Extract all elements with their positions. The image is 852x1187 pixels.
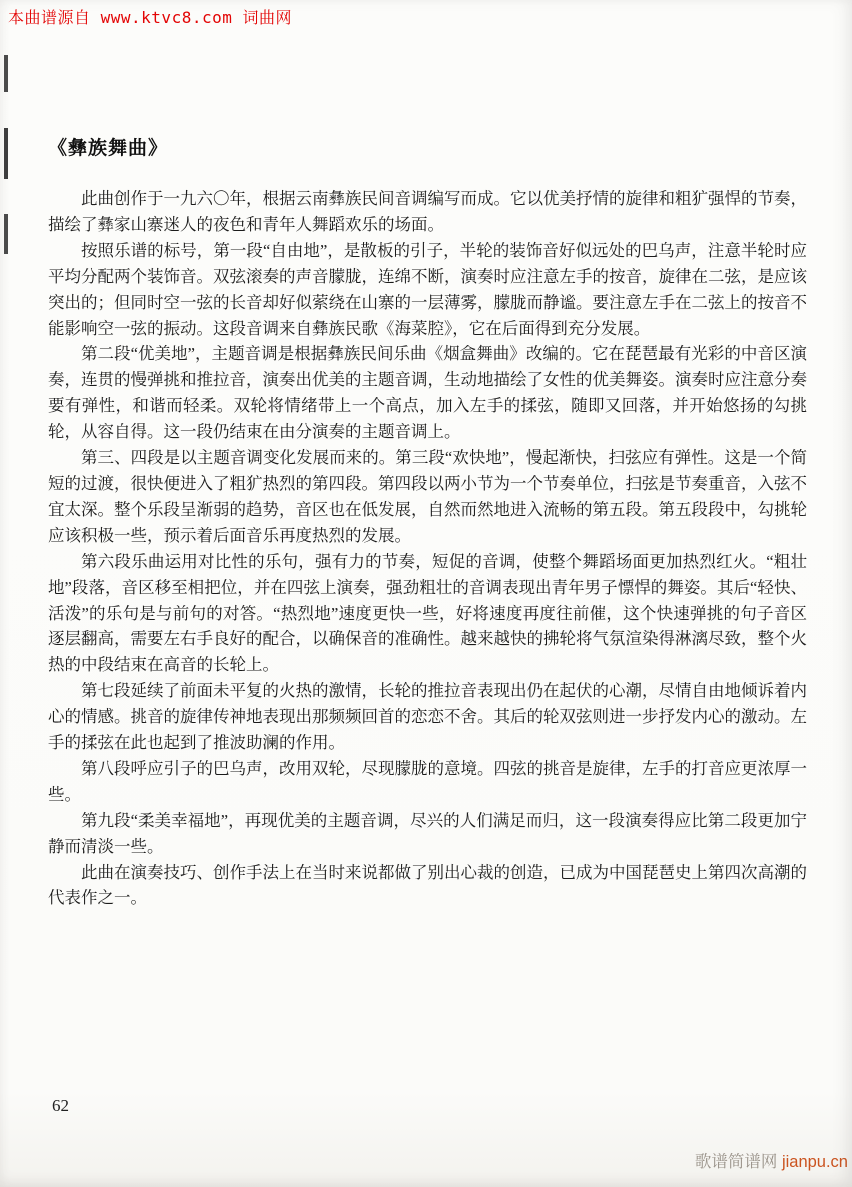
- paragraph: 第八段呼应引子的巴乌声，改用双轮，尽现朦胧的意境。四弦的挑音是旋律，左手的打音应…: [48, 756, 807, 808]
- footer-site-url: jianpu.cn: [782, 1153, 848, 1171]
- paragraph: 第九段“柔美幸福地”，再现优美的主题音调，尽兴的人们满足而归，这一段演奏得应比第…: [48, 808, 807, 860]
- paragraph: 第二段“优美地”，主题音调是根据彝族民间乐曲《烟盒舞曲》改编的。它在琵琶最有光彩…: [48, 341, 807, 445]
- footer-watermark: 歌谱简谱网 jianpu.cn: [695, 1148, 848, 1172]
- document-body: 此曲创作于一九六〇年，根据云南彝族民间音调编写而成。它以优美抒情的旋律和粗犷强悍…: [48, 186, 807, 911]
- scan-artifact-bar: [4, 214, 8, 254]
- page-number: 62: [52, 1096, 69, 1116]
- paragraph: 第三、四段是以主题音调变化发展而来的。第三段“欢快地”，慢起渐快，扫弦应有弹性。…: [48, 445, 807, 549]
- paragraph: 此曲创作于一九六〇年，根据云南彝族民间音调编写而成。它以优美抒情的旋律和粗犷强悍…: [48, 186, 807, 238]
- scan-artifact-bar: [4, 128, 8, 179]
- paragraph: 按照乐谱的标号，第一段“自由地”，是散板的引子，半轮的装饰音好似远处的巴乌声，注…: [48, 238, 807, 342]
- paragraph: 第六段乐曲运用对比性的乐句，强有力的节奏，短促的音调，使整个舞蹈场面更加热烈红火…: [48, 549, 807, 679]
- page-title: 《彝族舞曲》: [48, 133, 168, 160]
- paragraph: 第七段延续了前面未平复的火热的激情，长轮的推拉音表现出仍在起伏的心潮，尽情自由地…: [48, 678, 807, 756]
- scanned-document-page: 本曲谱源自 www.ktvc8.com 词曲网 《彝族舞曲》 此曲创作于一九六〇…: [0, 0, 852, 1187]
- footer-site-name: 歌谱简谱网: [695, 1153, 782, 1171]
- scan-artifact-bar: [4, 55, 8, 92]
- paragraph: 此曲在演奏技巧、创作手法上在当时来说都做了别出心裁的创造，已成为中国琵琶史上第四…: [48, 860, 807, 912]
- source-watermark: 本曲谱源自 www.ktvc8.com 词曲网: [8, 5, 292, 28]
